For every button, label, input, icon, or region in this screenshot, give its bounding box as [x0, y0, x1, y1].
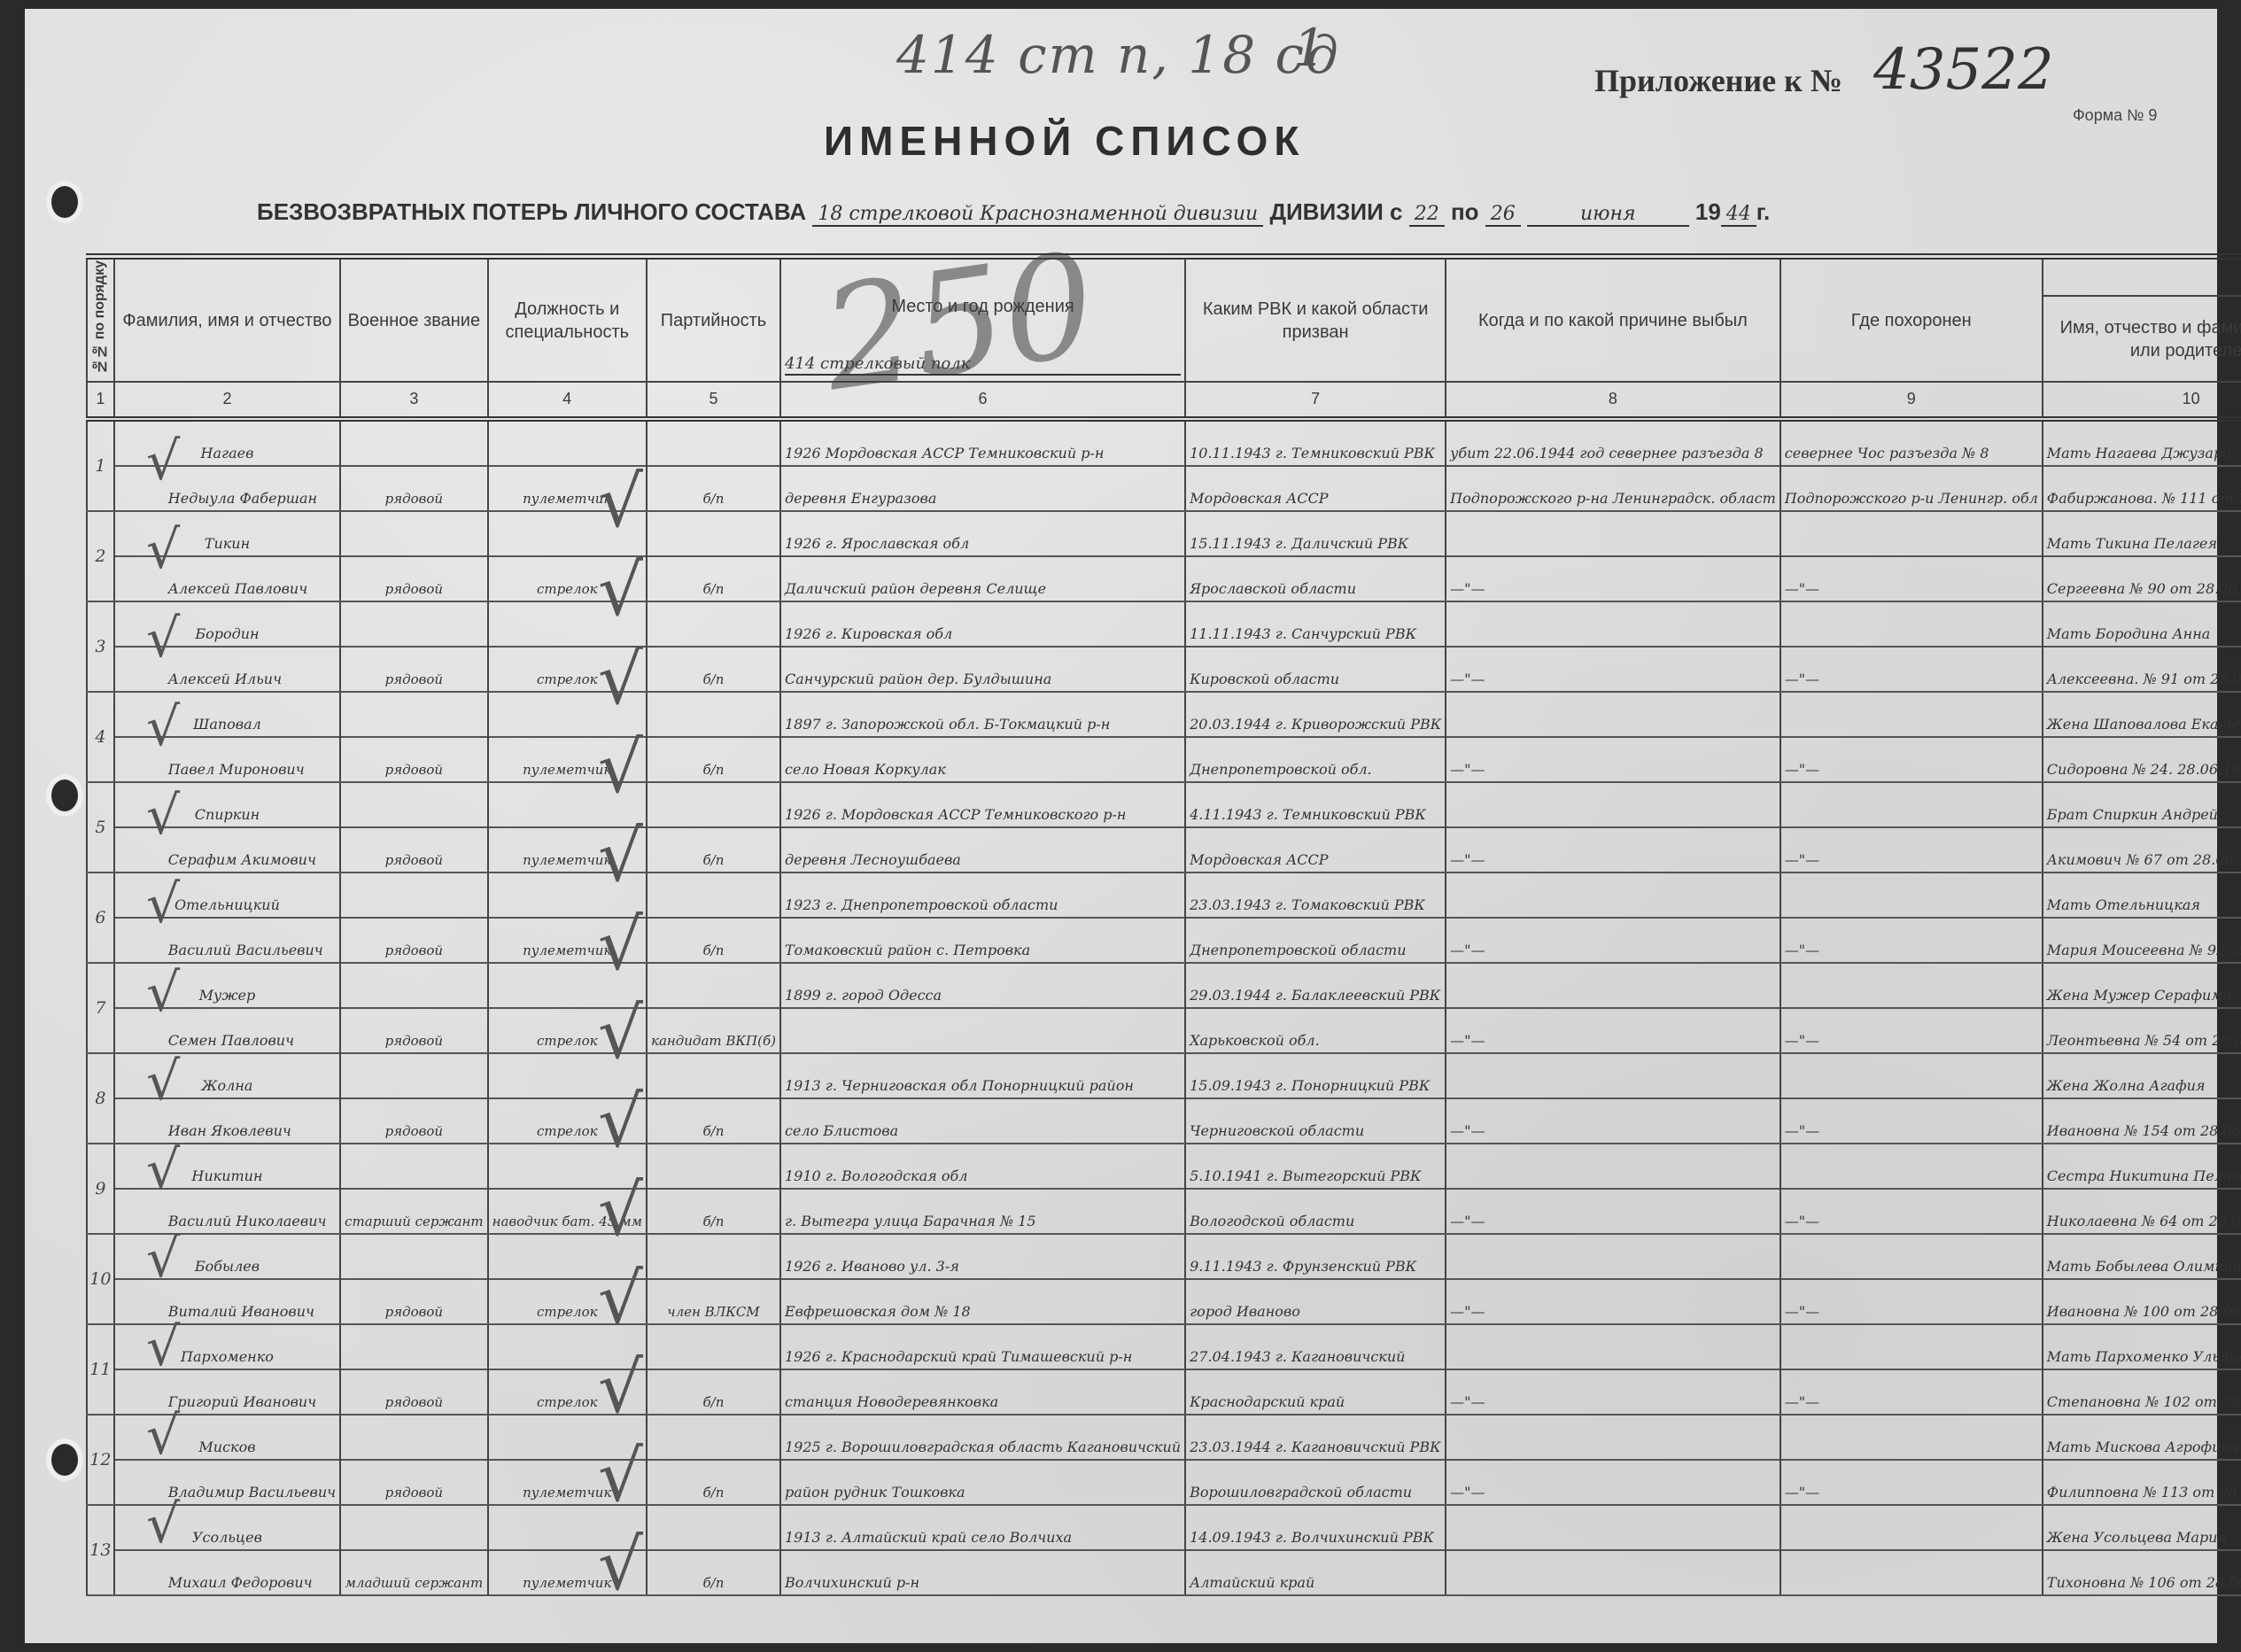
party: б/п — [647, 1415, 779, 1504]
birth-place: 1926 г. Кировская облСанчурский район де… — [781, 602, 1184, 691]
party: б/п — [647, 1506, 779, 1594]
page-title: ИМЕННОЙ СПИСОК — [824, 117, 1305, 165]
rank: рядовой — [341, 693, 486, 781]
handwritten-unit-note: 414 ст п, 18 сд — [896, 25, 1340, 85]
year-prefix: 19 — [1695, 198, 1721, 225]
rank: рядовой — [341, 602, 486, 691]
checkmark-icon: √ — [146, 785, 180, 847]
header-buried: Где похоронен — [1780, 257, 2043, 383]
date-to-label: по — [1451, 198, 1479, 225]
header-name: Фамилия, имя и отчество — [114, 257, 340, 383]
colnum: 4 — [488, 382, 647, 419]
conscription-office: 23.03.1944 г. Кагановичский РВКВорошилов… — [1186, 1415, 1445, 1504]
checkmark-icon: √ — [598, 1081, 643, 1163]
burial-place: —"— — [1781, 693, 2042, 781]
birth-place: 1897 г. Запорожской обл. Б-Токмацкий р-н… — [781, 693, 1184, 781]
checkmark-icon: √ — [146, 430, 180, 492]
checkmark-icon: √ — [146, 1316, 180, 1378]
checkmark-icon: √ — [146, 608, 180, 670]
table-row: 2ТикинАлексей Павловичрядовойстрелокб/п1… — [87, 511, 2241, 601]
year-suffix: 44 — [1721, 203, 1756, 227]
birth-place: 1926 Мордовская АССР Темниковский р-ндер… — [781, 422, 1184, 510]
header-rvk: Каким РВК и какой области призван — [1185, 257, 1446, 383]
burial-place — [1781, 1506, 2042, 1594]
losses-table: №№ по порядку Фамилия, имя и отчество Во… — [86, 253, 2241, 1596]
row-number: 5 — [95, 818, 105, 837]
colnum: 3 — [340, 382, 487, 419]
conscription-office: 15.11.1943 г. Даличский РВКЯрославской о… — [1186, 512, 1445, 601]
row-number: 2 — [95, 547, 105, 566]
checkmark-icon: √ — [598, 1435, 643, 1517]
relative-name: Жена Мужер СерафимаЛеонтьевна № 54 от 28… — [2043, 964, 2241, 1052]
loss-reason — [1446, 1506, 1780, 1594]
burial-place: —"— — [1781, 602, 2042, 691]
loss-reason: —"— — [1446, 512, 1780, 601]
loss-reason: —"— — [1446, 602, 1780, 691]
party: б/п — [647, 693, 779, 781]
table-body: 1НагаевНедыула Фабершанрядовойпулеметчик… — [87, 419, 2241, 1595]
burial-place: —"— — [1781, 1325, 2042, 1414]
relative-name: Брат Спиркин АндрейАкимович № 67 от 28.0… — [2043, 783, 2241, 872]
table-row: 4ШаповалПавел Мироновичрядовойпулеметчик… — [87, 692, 2241, 782]
row-number: 4 — [95, 727, 105, 747]
colnum: 10 — [2043, 382, 2241, 419]
party: б/п — [647, 602, 779, 691]
party: б/п — [647, 783, 779, 872]
checkmark-icon: √ — [598, 1258, 643, 1340]
checkmark-icon: √ — [598, 815, 643, 897]
birth-place: 1926 г. Мордовская АССР Темниковского р-… — [781, 783, 1184, 872]
birth-place: 1925 г. Ворошиловградская область Кагано… — [781, 1415, 1184, 1504]
table-row: 7МужерСемен Павловичрядовойстрелоккандид… — [87, 963, 2241, 1053]
relative-name: Жена Жолна АгафияИвановна № 154 от 28.06… — [2043, 1054, 2241, 1143]
checkmark-icon: √ — [598, 549, 643, 632]
colnum: 7 — [1185, 382, 1446, 419]
party: член ВЛКСМ — [647, 1235, 779, 1323]
row-number: 3 — [95, 637, 105, 656]
checkmark-icon: √ — [146, 696, 180, 758]
loss-reason: —"— — [1446, 783, 1780, 872]
header-no: №№ по порядку — [87, 257, 114, 383]
checkmark-icon: √ — [146, 1228, 180, 1290]
burial-place: —"— — [1781, 1144, 2042, 1233]
burial-place: —"— — [1781, 1415, 2042, 1504]
rank: рядовой — [341, 512, 486, 601]
checkmark-icon: √ — [146, 1493, 180, 1555]
rank: рядовой — [341, 1415, 486, 1504]
party: кандидат ВКП(б) — [647, 964, 779, 1052]
month: июня — [1527, 203, 1689, 227]
checkmark-icon: √ — [598, 1169, 643, 1252]
rank: старший сержант — [341, 1144, 486, 1233]
burial-place: севернее Чос разъезда № 8Подпорожского р… — [1781, 422, 2042, 510]
relative-name: Мать Пархоменко УльянаСтепановна № 102 о… — [2043, 1325, 2241, 1414]
conscription-office: 4.11.1943 г. Темниковский РВКМордовская … — [1186, 783, 1445, 872]
relative-name: Мать Тикина ПелагеяСергеевна № 90 от 28.… — [2043, 512, 2241, 601]
relative-name: Мать Мискова АгрофинаФилипповна № 113 от… — [2043, 1415, 2241, 1504]
birth-place: 1910 г. Вологодская облг. Вытегра улица … — [781, 1144, 1184, 1233]
checkmark-icon: √ — [598, 992, 643, 1074]
checkmark-icon: √ — [598, 1524, 643, 1606]
checkmark-icon: √ — [146, 1405, 180, 1467]
rank: рядовой — [341, 422, 486, 510]
row-number: 6 — [95, 908, 105, 927]
loss-reason: —"— — [1446, 1325, 1780, 1414]
subtitle-prefix: БЕЗВОЗВРАТНЫХ ПОТЕРЬ ЛИЧНОГО СОСТАВА — [257, 198, 806, 225]
form-number: Форма № 9 — [2073, 106, 2157, 125]
relative-name: Мать ОтельницкаяМария Моисеевна № 92. 28… — [2043, 873, 2241, 962]
table-row: 6ОтельницкийВасилий Васильевичрядовойпул… — [87, 873, 2241, 963]
rank: младший сержант — [341, 1506, 486, 1594]
header-when: Когда и по какой причине выбыл — [1446, 257, 1780, 383]
row-number: 1 — [95, 456, 105, 476]
birth-place: 1923 г. Днепропетровской областиТомаковс… — [781, 873, 1184, 962]
loss-reason: —"— — [1446, 1144, 1780, 1233]
loss-reason: —"— — [1446, 873, 1780, 962]
row-number: 11 — [89, 1360, 111, 1379]
year-end: г. — [1756, 198, 1770, 225]
checkmark-icon: √ — [598, 904, 643, 986]
burial-place: —"— — [1781, 783, 2042, 872]
relative-name: Мать Бородина АннаАлексеевна. № 91 от 28… — [2043, 602, 2241, 691]
punch-hole — [51, 779, 78, 811]
conscription-office: 5.10.1941 г. Вытегорский РВКВологодской … — [1186, 1144, 1445, 1233]
relative-name: Мать Бобылева ОлимпиадаИвановна № 100 от… — [2043, 1235, 2241, 1323]
burial-place: —"— — [1781, 1054, 2042, 1143]
row-number: 7 — [95, 998, 105, 1018]
punch-hole — [51, 1444, 78, 1476]
conscription-office: 9.11.1943 г. Фрунзенский РВКгород Иванов… — [1186, 1235, 1445, 1323]
loss-reason: —"— — [1446, 1415, 1780, 1504]
header-relatives-group: Сведения о родственниках — [2043, 257, 2241, 297]
table-row: 1НагаевНедыула Фабершанрядовойпулеметчик… — [87, 419, 2241, 511]
conscription-office: 11.11.1943 г. Санчурский РВККировской об… — [1186, 602, 1445, 691]
relative-name: Сестра Никитина ПелагеяНиколаевна № 64 о… — [2043, 1144, 2241, 1233]
birth-place: 1913 г. Алтайский край село ВолчихаВолчи… — [781, 1506, 1184, 1594]
birth-place: 1926 г. Ярославская облДаличский район д… — [781, 512, 1184, 601]
date-to: 26 — [1485, 203, 1521, 227]
relative-name: Жена Усольцева МарияТихоновна № 106 от 2… — [2043, 1506, 2241, 1594]
rank: рядовой — [341, 783, 486, 872]
conscription-office: 15.09.1943 г. Понорницкий РВКЧерниговско… — [1186, 1054, 1445, 1143]
row-number: 8 — [95, 1089, 105, 1108]
burial-place: —"— — [1781, 1235, 2042, 1323]
row-number: 13 — [89, 1540, 111, 1560]
checkmark-icon: √ — [598, 726, 643, 809]
checkmark-icon: √ — [146, 1051, 180, 1113]
handwritten-mark: 1 — [1293, 18, 1326, 78]
checkmark-icon: √ — [598, 638, 643, 720]
party: б/п — [647, 422, 779, 510]
birth-place: 1926 г. Иваново ул. 3-яЕвфрешовская дом … — [781, 1235, 1184, 1323]
table-row: 5СпиркинСерафим Акимовичрядовойпулеметчи… — [87, 782, 2241, 873]
header-relative-name: Имя, отчество и фамилия жены или родител… — [2043, 296, 2241, 382]
party: б/п — [647, 512, 779, 601]
checkmark-icon: √ — [146, 873, 180, 935]
party: б/п — [647, 1054, 779, 1143]
punch-hole — [51, 186, 78, 218]
document-subtitle: БЕЗВОЗВРАТНЫХ ПОТЕРЬ ЛИЧНОГО СОСТАВА 18 … — [257, 198, 1770, 226]
conscription-office: 29.03.1944 г. Балаклеевский РВКХарьковск… — [1186, 964, 1445, 1052]
subtitle-division: ДИВИЗИИ с — [1269, 198, 1402, 225]
rank: рядовой — [341, 964, 486, 1052]
date-from: 22 — [1409, 203, 1445, 227]
party: б/п — [647, 1325, 779, 1414]
table-row: 10БобылевВиталий Ивановичрядовойстрелокч… — [87, 1234, 2241, 1324]
loss-reason: —"— — [1446, 1235, 1780, 1323]
loss-reason: убит 22.06.1944 год севернее разъезда 8П… — [1446, 422, 1780, 510]
party: б/п — [647, 873, 779, 962]
loss-reason: —"— — [1446, 693, 1780, 781]
checkmark-icon: √ — [146, 962, 180, 1024]
row-number: 12 — [89, 1450, 111, 1470]
row-number: 10 — [89, 1269, 111, 1289]
table-row: 13УсольцевМихаил Федоровичмладший сержан… — [87, 1505, 2241, 1595]
party: б/п — [647, 1144, 779, 1233]
conscription-office: 23.03.1943 г. Томаковский РВКДнепропетро… — [1186, 873, 1445, 962]
relative-name: Мать Нагаева ДжузараФабиржанова. № 111 о… — [2043, 422, 2241, 510]
colnum: 5 — [647, 382, 780, 419]
rank: рядовой — [341, 873, 486, 962]
checkmark-icon: √ — [146, 519, 180, 581]
row-number: 9 — [95, 1179, 105, 1198]
table-row: 12МисковВладимир Васильевичрядовойпулеме… — [87, 1415, 2241, 1505]
burial-place: —"— — [1781, 964, 2042, 1052]
checkmark-icon: √ — [146, 1139, 180, 1201]
rank: рядовой — [341, 1054, 486, 1143]
birth-place: 1899 г. город Одесса — [781, 964, 1184, 1052]
burial-place: —"— — [1781, 512, 2042, 601]
conscription-office: 14.09.1943 г. Волчихинский РВКАлтайский … — [1186, 1506, 1445, 1594]
relative-name: Жена Шаповалова ЕкатеринаСидоровна № 24.… — [2043, 693, 2241, 781]
unit-name: 18 стрелковой Краснознаменной дивизии — [812, 203, 1263, 227]
burial-place: —"— — [1781, 873, 2042, 962]
conscription-office: 27.04.1943 г. КагановичскийКраснодарский… — [1186, 1325, 1445, 1414]
loss-reason: —"— — [1446, 964, 1780, 1052]
loss-reason: —"— — [1446, 1054, 1780, 1143]
appendix-label: Приложение к № — [1594, 62, 1842, 99]
table-row: 9НикитинВасилий Николаевичстарший сержан… — [87, 1144, 2241, 1234]
table-row: 8ЖолнаИван Яковлевичрядовойстрелокб/п191… — [87, 1053, 2241, 1144]
birth-place: 1926 г. Краснодарский край Тимашевский р… — [781, 1325, 1184, 1414]
colnum: 8 — [1446, 382, 1780, 419]
appendix-number: 43522 — [1873, 37, 2054, 103]
colnum: 1 — [87, 382, 114, 419]
colnum: 2 — [114, 382, 340, 419]
header-position: Должность и специальность — [488, 257, 647, 383]
table-row: 3БородинАлексей Ильичрядовойстрелокб/п19… — [87, 601, 2241, 692]
checkmark-icon: √ — [598, 461, 643, 543]
rank: рядовой — [341, 1325, 486, 1414]
conscription-office: 10.11.1943 г. Темниковский РВКМордовская… — [1186, 422, 1445, 510]
colnum: 9 — [1780, 382, 2043, 419]
table-row: 11ПархоменкоГригорий Ивановичрядовойстре… — [87, 1324, 2241, 1415]
checkmark-icon: √ — [598, 1346, 643, 1429]
conscription-office: 20.03.1944 г. Криворожский РВКДнепропетр… — [1186, 693, 1445, 781]
header-party: Партийность — [647, 257, 780, 383]
header-rank: Военное звание — [340, 257, 487, 383]
birth-place: 1913 г. Черниговская обл Понорницкий рай… — [781, 1054, 1184, 1143]
rank: рядовой — [341, 1235, 486, 1323]
